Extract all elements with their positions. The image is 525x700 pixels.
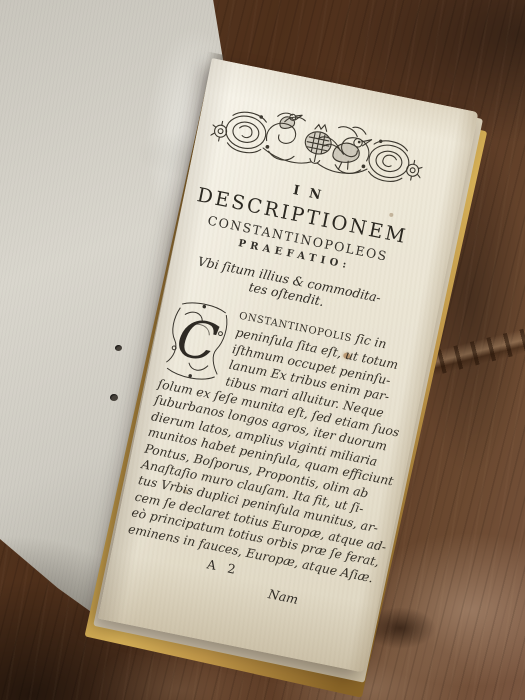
book-photo-scene: IN DESCRIPTIONEM CONSTANTINOPOLEOS PRAEF… xyxy=(0,0,525,700)
drop-cap-letter: C xyxy=(172,308,223,375)
wormhole xyxy=(115,345,122,351)
wormhole xyxy=(110,394,118,401)
body-paragraph: C ONSTANTINOPOLIS ſic in peninſula ſita … xyxy=(120,294,388,615)
